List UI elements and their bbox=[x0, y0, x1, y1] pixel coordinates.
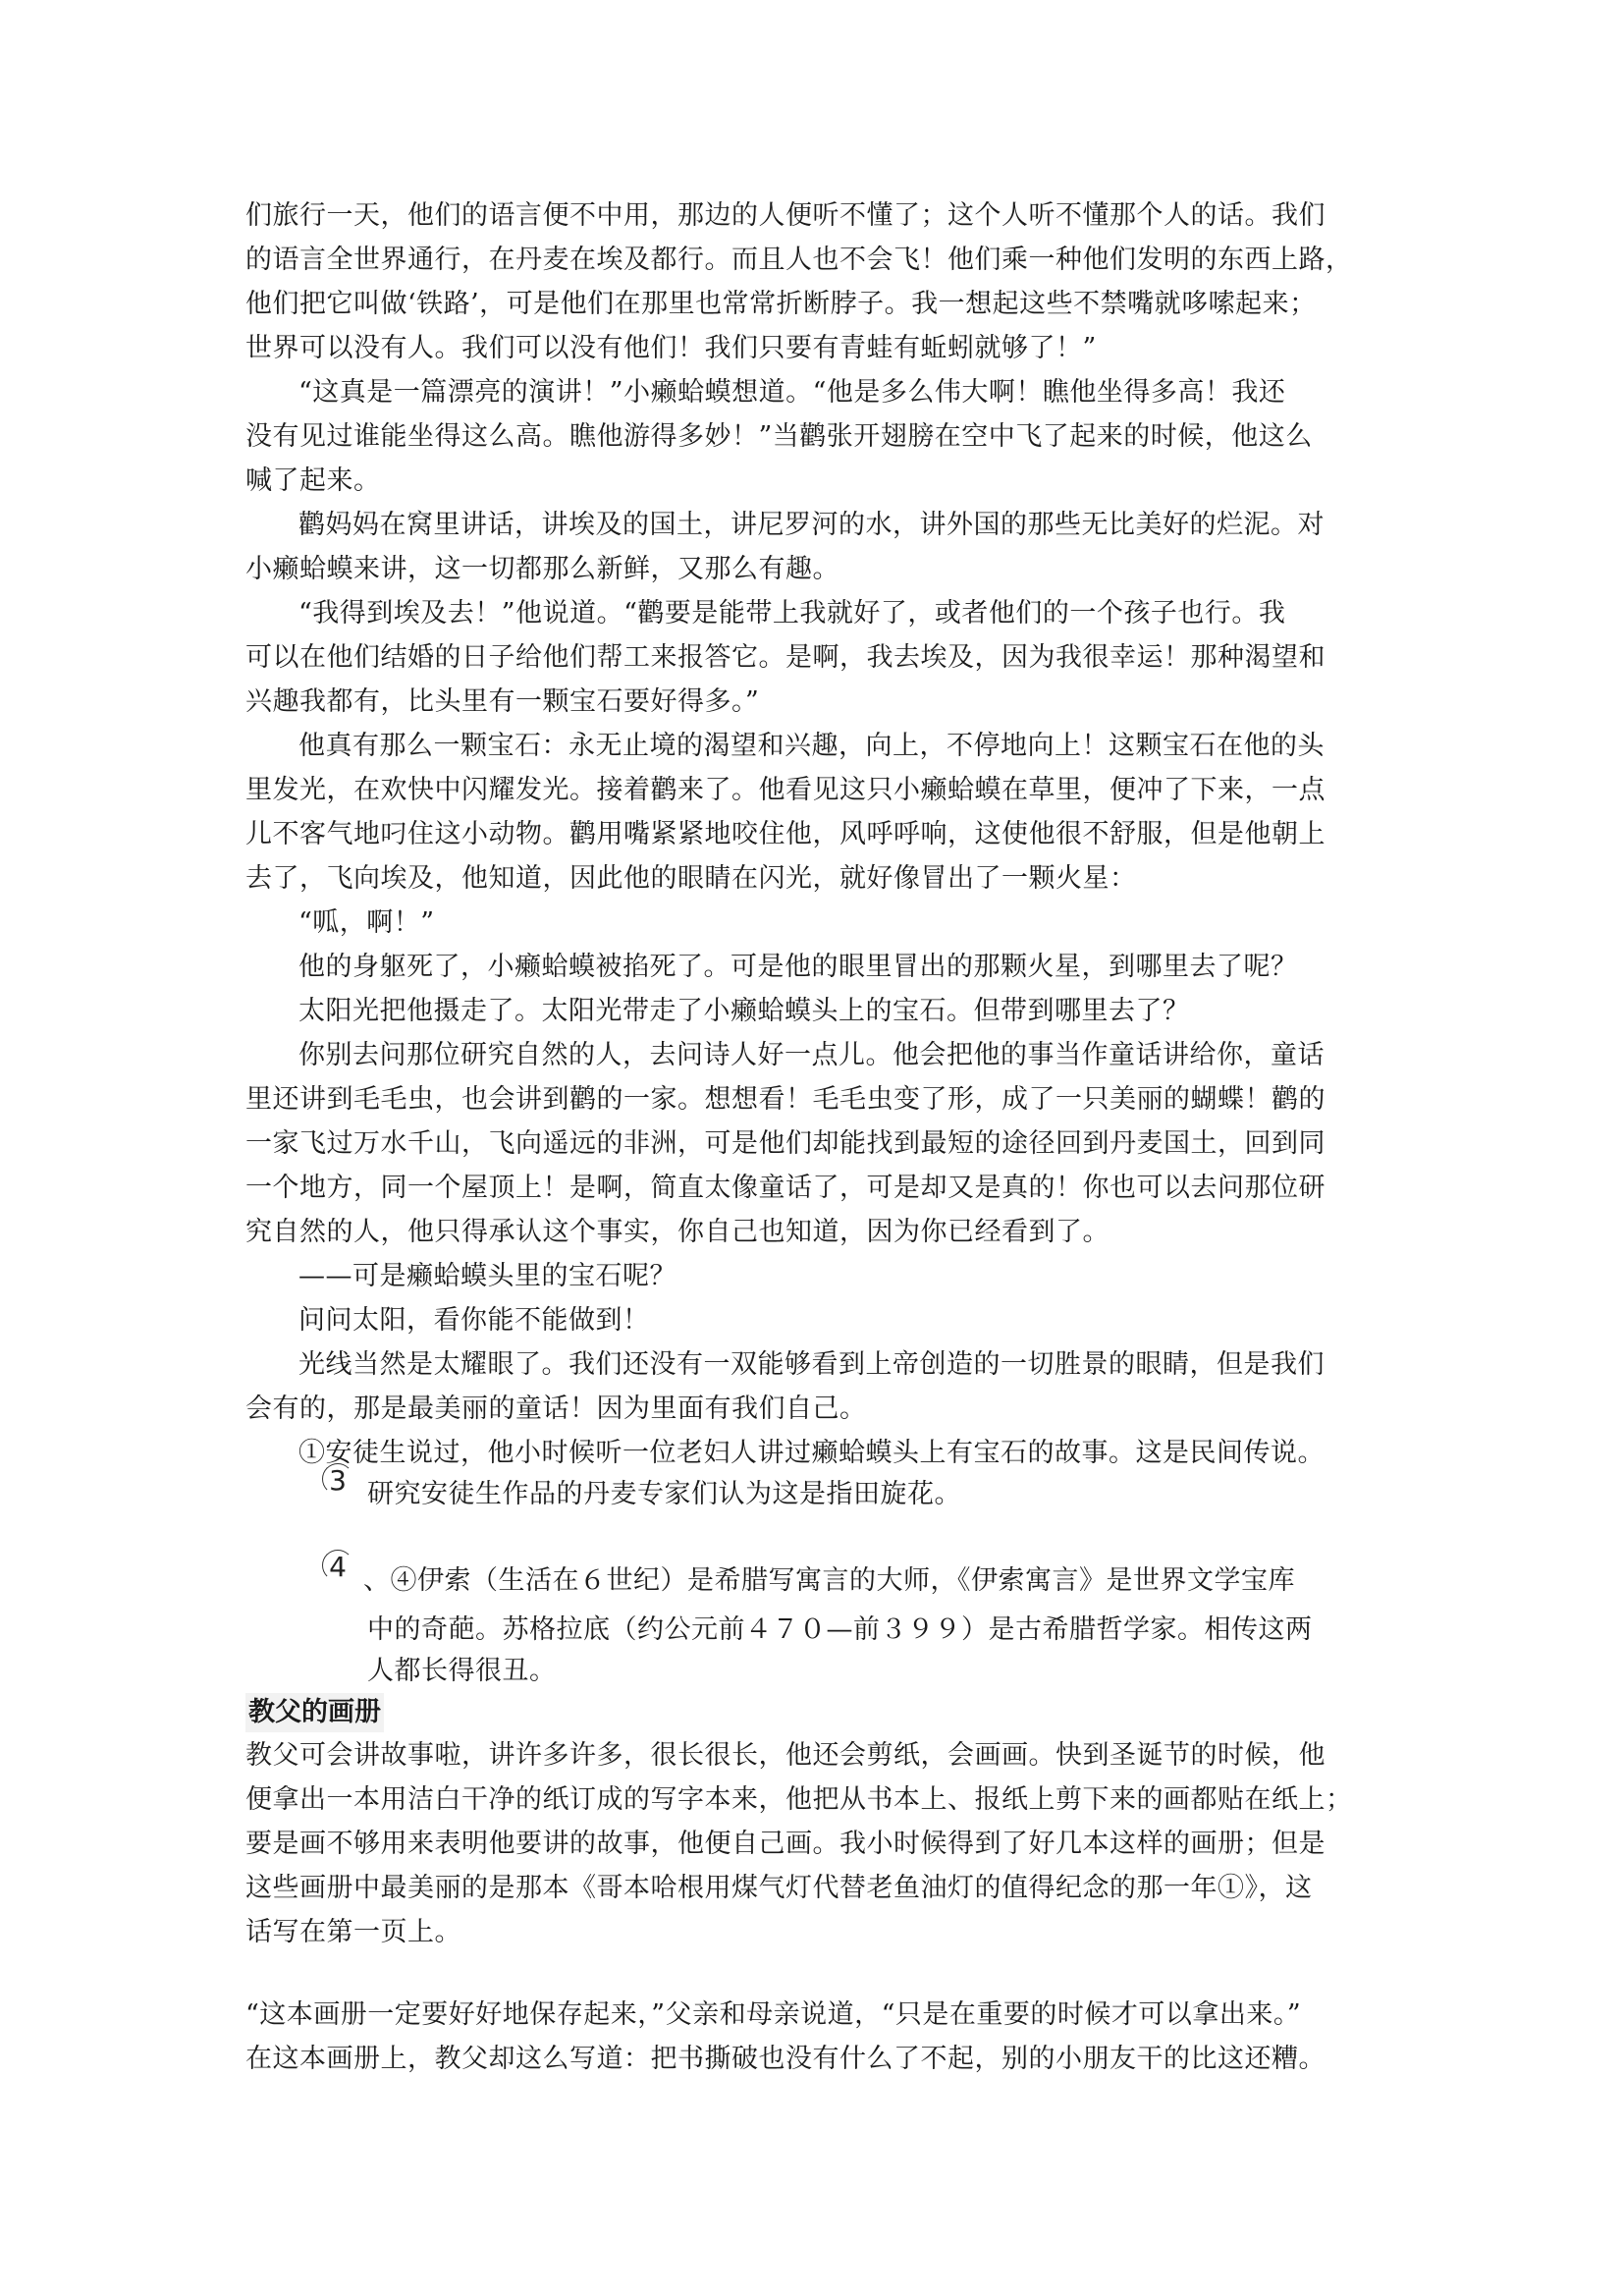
text-line: 去了，飞向埃及，他知道，因此他的眼睛在闪光，就好像冒出了一颗火星： bbox=[245, 859, 1137, 899]
text-line: 小癞蛤蟆来讲，这一切都那么新鲜，又那么有趣。 bbox=[245, 550, 839, 589]
text-line: 光线当然是太耀眼了。我们还没有一双能够看到上帝创造的一切胜景的眼睛，但是我们 bbox=[298, 1345, 1325, 1385]
text-line: 话写在第一页上。 bbox=[245, 1913, 461, 1952]
text-line: 他的身躯死了，小癞蛤蟆被掐死了。可是他的眼里冒出的那颗火星，到哪里去了呢？ bbox=[298, 948, 1298, 987]
text-line: 喊了起来。 bbox=[245, 462, 381, 501]
footnote-1: ①安徒生说过，他小时候听一位老妇人讲过癞蛤蟆头上有宝石的故事。这是民间传说。 bbox=[298, 1434, 1325, 1473]
text-line: “我得到埃及去！”他说道。“鹳要是能带上我就好了，或者他们的一个孩子也行。我 bbox=[298, 594, 1285, 633]
text-line: 他真有那么一颗宝石：永无止境的渴望和兴趣，向上，不停地向上！这颗宝石在他的头 bbox=[298, 727, 1325, 766]
text-line: 里发光，在欢快中闪耀发光。接着鹳来了。他看见这只小癞蛤蟆在草里，便冲了下来，一点 bbox=[245, 771, 1325, 810]
text-line: 究自然的人，他只得承认这个事实，你自己也知道，因为你已经看到了。 bbox=[245, 1213, 1109, 1252]
text-line: “这本画册一定要好好地保存起来，”父亲和母亲说道，“只是在重要的时候才可以拿出来… bbox=[245, 1995, 1301, 2035]
text-line: 一个地方，同一个屋顶上！是啊，简直太像童话了，可是却又是真的！你也可以去问那位研 bbox=[245, 1169, 1325, 1208]
text-line: 这些画册中最美丽的是那本《哥本哈根用煤气灯代替老鱼油灯的值得纪念的那一年①》，这 bbox=[245, 1869, 1313, 1908]
text-line: 兴趣我都有，比头里有一颗宝石要好得多。” bbox=[245, 683, 759, 722]
text-line: 便拿出一本用洁白干净的纸订成的写字本来，他把从书本上、报纸上剪下来的画都贴在纸上… bbox=[245, 1780, 1353, 1820]
footnote-4-cont: 人都长得很丑。 bbox=[367, 1652, 557, 1691]
text-line: 世界可以没有人。我们可以没有他们！我们只要有青蛙有蚯蚓就够了！” bbox=[245, 329, 1097, 368]
text-line: 可以在他们结婚的日子给他们帮工来报答它。是啊，我去埃及，因为我很幸运！那种渴望和 bbox=[245, 638, 1325, 678]
footnote-3: 研究安徒生作品的丹麦专家们认为这是指田旋花。 bbox=[367, 1475, 961, 1514]
text-line: 一家飞过万水千山，飞向遥远的非洲，可是他们却能找到最短的途径回到丹麦国土，回到同 bbox=[245, 1124, 1325, 1164]
text-line: 要是画不够用来表明他要讲的故事，他便自己画。我小时候得到了好几本这样的画册；但是 bbox=[245, 1825, 1325, 1864]
text-line: 问问太阳，看你能不能做到！ bbox=[298, 1301, 650, 1340]
text-line: ——可是癞蛤蟆头里的宝石呢？ bbox=[298, 1257, 676, 1296]
text-line: 的语言全世界通行，在丹麦在埃及都行。而且人也不会飞！他们乘一种他们发明的东西上路… bbox=[245, 241, 1353, 280]
section-heading: 教父的画册 bbox=[245, 1693, 384, 1732]
text-line: 在这本画册上，教父却这么写道：把书撕破也没有什么了不起，别的小朋友干的比这还糟。 bbox=[245, 2040, 1325, 2079]
footnote-4: 、④伊索（生活在６世纪）是希腊写寓言的大师，《伊索寓言》是世界文学宝库 bbox=[363, 1561, 1295, 1601]
text-line: 鹳妈妈在窝里讲话，讲埃及的国土，讲尼罗河的水，讲外国的那些无比美好的烂泥。对 bbox=[298, 506, 1325, 545]
text-line: 会有的，那是最美丽的童话！因为里面有我们自己。 bbox=[245, 1390, 867, 1429]
circled-number-3-marker: 3 bbox=[322, 1463, 353, 1495]
text-line: 太阳光把他摄走了。太阳光带走了小癞蛤蟆头上的宝石。但带到哪里去了？ bbox=[298, 992, 1190, 1031]
text-line: 儿不客气地叼住这小动物。鹳用嘴紧紧地咬住他，风呼呼响，这使他很不舒服，但是他朝上 bbox=[245, 815, 1325, 854]
circled-number-4-marker: 4 bbox=[322, 1550, 353, 1581]
text-line: 没有见过谁能坐得这么高。瞧他游得多妙！”当鹳张开翅膀在空中飞了起来的时候，他这么 bbox=[245, 417, 1313, 457]
footnote-4-cont: 中的奇葩。苏格拉底（约公元前４７０—前３９９）是古希腊哲学家。相传这两 bbox=[367, 1611, 1313, 1650]
text-line: 里还讲到毛毛虫，也会讲到鹳的一家。想想看！毛毛虫变了形，成了一只美丽的蝴蝶！鹳的 bbox=[245, 1080, 1325, 1120]
text-line: 们旅行一天，他们的语言便不中用，那边的人便听不懂了；这个人听不懂那个人的话。我们 bbox=[245, 196, 1325, 236]
text-line: 你别去问那位研究自然的人，去问诗人好一点儿。他会把他的事当作童话讲给你，童话 bbox=[298, 1036, 1325, 1075]
text-line: “这真是一篇漂亮的演讲！”小癞蛤蟆想道。“他是多么伟大啊！瞧他坐得多高！我还 bbox=[298, 373, 1285, 412]
text-line: 教父可会讲故事啦，讲许多许多，很长很长，他还会剪纸，会画画。快到圣诞节的时候，他 bbox=[245, 1736, 1325, 1776]
text-line: 他们把它叫做‘铁路’，可是他们在那里也常常折断脖子。我一想起这些不禁嘴就哆嗦起来… bbox=[245, 285, 1317, 324]
text-line: “呱，啊！” bbox=[298, 903, 435, 943]
